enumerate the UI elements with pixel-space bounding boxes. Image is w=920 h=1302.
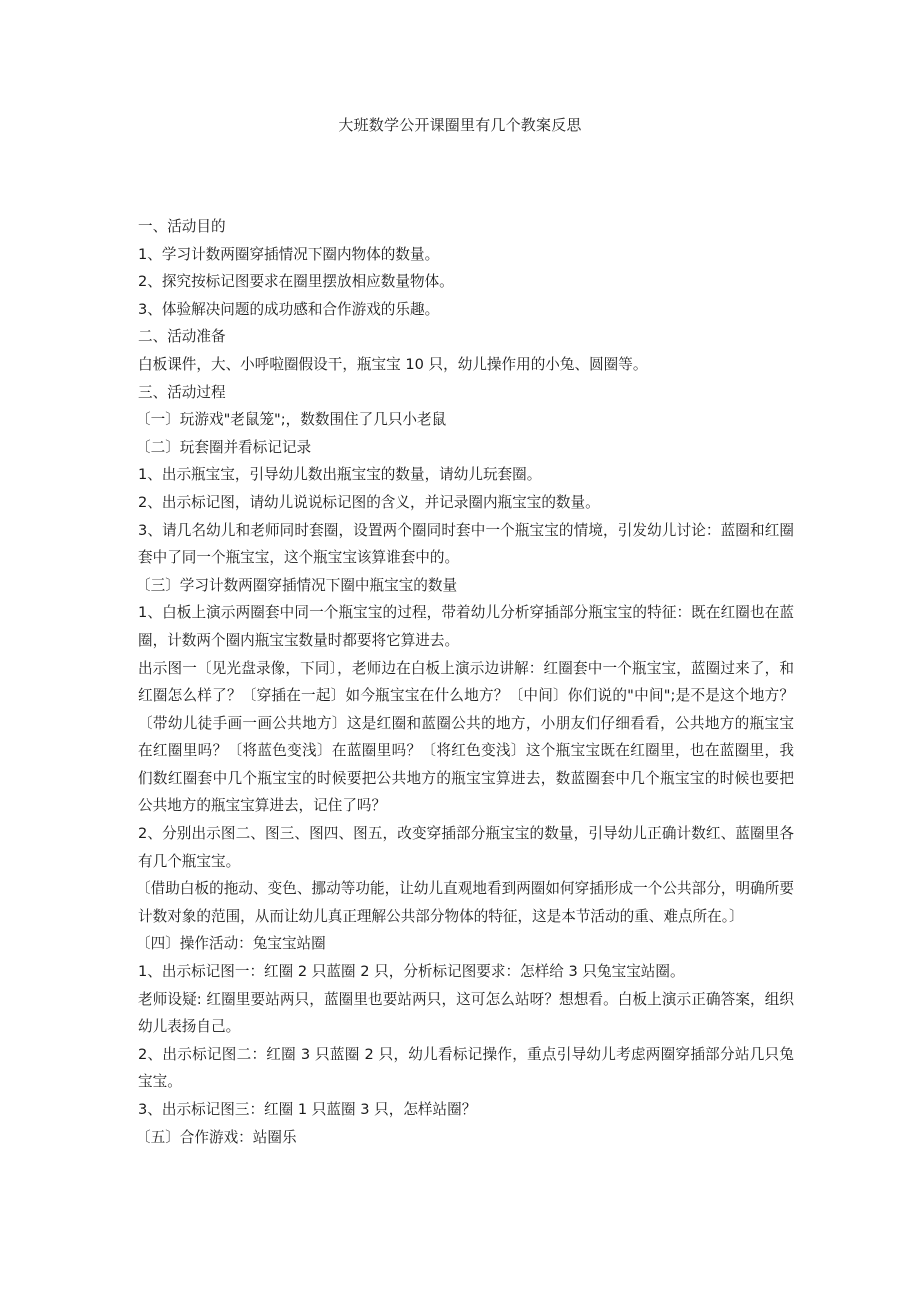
section-heading-objectives: 一、活动目的 (138, 213, 794, 241)
subsection-heading: 〔五〕合作游戏：站圈乐 (138, 1124, 794, 1152)
process-step: 2、出示标记图，请幼儿说说标记图的含义，并记录圈内瓶宝宝的数量。 (138, 489, 794, 517)
document-title: 大班数学公开课圈里有几个教案反思 (0, 114, 920, 136)
subsection-heading: 〔三〕学习计数两圈穿插情况下圈中瓶宝宝的数量 (138, 572, 794, 600)
document-body: 一、活动目的 1、学习计数两圈穿插情况下圈内物体的数量。 2、探究按标记图要求在… (138, 213, 794, 1151)
objective-item: 3、体验解决问题的成功感和合作游戏的乐趣。 (138, 296, 794, 324)
process-step: 3、请几名幼儿和老师同时套圈，设置两个圈同时套中一个瓶宝宝的情境，引发幼儿讨论：… (138, 517, 794, 572)
process-step: 1、白板上演示两圈套中同一个瓶宝宝的过程，带着幼儿分析穿插部分瓶宝宝的特征：既在… (138, 599, 794, 654)
process-step: 1、出示瓶宝宝，引导幼儿数出瓶宝宝的数量，请幼儿玩套圈。 (138, 461, 794, 489)
section-heading-preparation: 二、活动准备 (138, 323, 794, 351)
document-page: 大班数学公开课圈里有几个教案反思 一、活动目的 1、学习计数两圈穿插情况下圈内物… (0, 0, 920, 1302)
process-step: 1、出示标记图一：红圈 2 只蓝圈 2 只，分析标记图要求：怎样给 3 只兔宝宝… (138, 958, 794, 986)
objective-item: 2、探究按标记图要求在圈里摆放相应数量物体。 (138, 268, 794, 296)
subsection-heading: 〔一〕玩游戏"老鼠笼";，数数围住了几只小老鼠 (138, 406, 794, 434)
process-narrative: 出示图一〔见光盘录像，下同〕，老师边在白板上演示边讲解：红圈套中一个瓶宝宝，蓝圈… (138, 655, 794, 821)
section-heading-process: 三、活动过程 (138, 379, 794, 407)
subsection-heading: 〔四〕操作活动：兔宝宝站圈 (138, 930, 794, 958)
preparation-text: 白板课件，大、小呼啦圈假设干，瓶宝宝 10 只，幼儿操作用的小兔、圆圈等。 (138, 351, 794, 379)
process-note: 〔借助白板的拖动、变色、挪动等功能，让幼儿直观地看到两圈如何穿插形成一个公共部分… (138, 875, 794, 930)
subsection-heading: 〔二〕玩套圈并看标记记录 (138, 434, 794, 462)
process-narrative: 老师设疑: 红圈里要站两只，蓝圈里也要站两只，这可怎么站呀？想想看。白板上演示正… (138, 986, 794, 1041)
process-step: 2、分别出示图二、图三、图四、图五，改变穿插部分瓶宝宝的数量，引导幼儿正确计数红… (138, 820, 794, 875)
process-step: 2、出示标记图二：红圈 3 只蓝圈 2 只，幼儿看标记操作，重点引导幼儿考虑两圈… (138, 1041, 794, 1096)
process-step: 3、出示标记图三：红圈 1 只蓝圈 3 只，怎样站圈？ (138, 1096, 794, 1124)
objective-item: 1、学习计数两圈穿插情况下圈内物体的数量。 (138, 241, 794, 269)
